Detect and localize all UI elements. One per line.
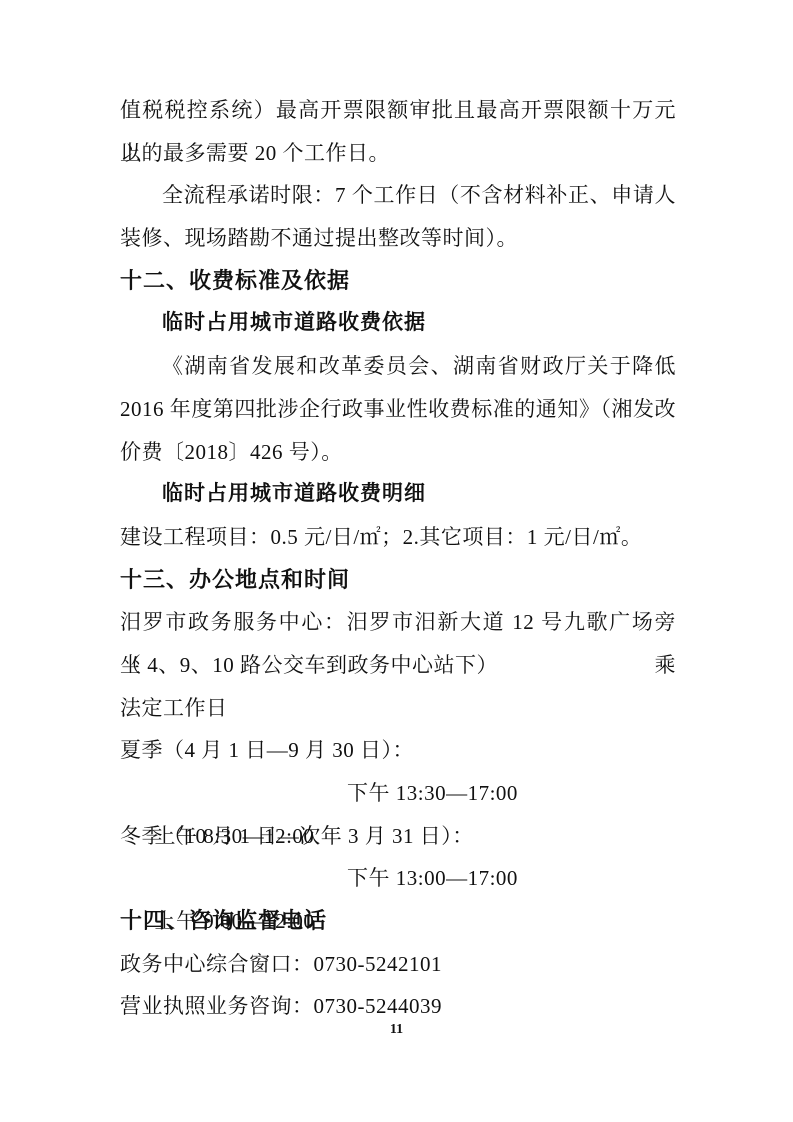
section-heading-14: 十四、咨询监督电话 — [120, 900, 676, 943]
section-heading-12: 十二、收费标准及依据 — [120, 260, 676, 303]
subheading-fee-detail: 临时占用城市道路收费明细 — [120, 473, 676, 516]
document-page: 值税税控系统）最高开票限额审批且最高开票限额十万元以 上的最多需要 20 个工作… — [0, 0, 793, 1122]
winter-hours-row: 上午 9:00—12:00 下午 13:00—17:00 — [120, 857, 676, 900]
summer-pm-hours: 下午 13:30—17:00 — [347, 772, 518, 815]
body-line: 值税税控系统）最高开票限额审批且最高开票限额十万元以 — [120, 89, 676, 132]
body-line: 2016 年度第四批涉企行政事业性收费标准的通知》（湘发改 — [120, 388, 676, 431]
body-line: 装修、现场踏勘不通过提出整改等时间）。 — [120, 217, 676, 260]
winter-pm-hours: 下午 13:00—17:00 — [347, 857, 518, 900]
body-line: 全流程承诺时限：7 个工作日（不含材料补正、申请人 — [120, 174, 676, 217]
subheading-fee-basis: 临时占用城市道路收费依据 — [120, 302, 676, 345]
page-number: 11 — [0, 1020, 793, 1040]
body-line-fee-rates: 建设工程项目：0.5 元/日/㎡；2.其它项目：1 元/日/㎡。 — [120, 516, 676, 559]
phone-line-service-center: 政务中心综合窗口：0730-5242101 — [120, 943, 676, 986]
document-content: 值税税控系统）最高开票限额审批且最高开票限额十万元以 上的最多需要 20 个工作… — [120, 89, 676, 1028]
summer-hours-row: 上午 8:30—12:00 下午 13:30—17:00 — [120, 772, 676, 815]
summer-schedule-label: 夏季（4 月 1 日—9 月 30 日）： — [120, 729, 676, 772]
body-line-workdays: 法定工作日 — [120, 687, 676, 730]
body-line-address: 汨罗市政务服务中心：汨罗市汨新大道 12 号九歌广场旁（乘 — [120, 601, 676, 644]
body-line: 价费〔2018〕426 号）。 — [120, 431, 676, 474]
body-line: 《湖南省发展和改革委员会、湖南省财政厅关于降低 — [120, 345, 676, 388]
section-heading-13: 十三、办公地点和时间 — [120, 559, 676, 602]
body-line-address: 坐 4、9、10 路公交车到政务中心站下） — [120, 644, 676, 687]
body-line: 上的最多需要 20 个工作日。 — [120, 132, 676, 175]
winter-schedule-label: 冬季（10 月 1 日—次年 3 月 31 日）： — [120, 815, 676, 858]
